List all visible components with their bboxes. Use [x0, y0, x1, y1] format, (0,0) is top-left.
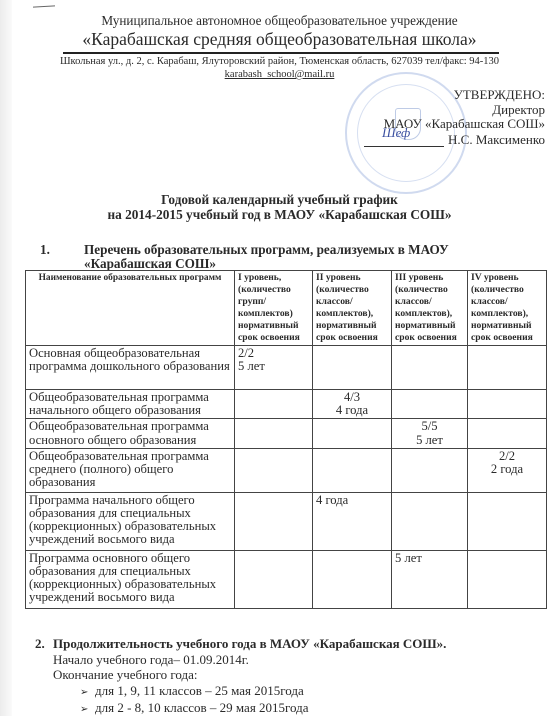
- bullet-text: для 1, 9, 11 классов – 25 мая 2015года: [95, 683, 304, 698]
- program-name-cell: Программа начального общего образования …: [26, 492, 235, 550]
- section2-number: 2.: [35, 636, 53, 652]
- col-header-program: Наименование образовательных программ: [26, 271, 235, 346]
- org-type: Муниципальное автономное общеобразовател…: [0, 13, 559, 29]
- level-cell: 4 года: [313, 492, 392, 550]
- program-name-cell: Общеобразовательная программа начального…: [26, 390, 235, 419]
- level-cell: 5 лет: [392, 550, 468, 608]
- programs-table: Наименование образовательных программ I …: [25, 270, 547, 609]
- section1-line2: «Карабашская СОШ»: [40, 257, 449, 271]
- approval-signature-line: Шеф Н.С. Максименко: [364, 132, 545, 148]
- section2: 2.Продолжительность учебного года в МАОУ…: [35, 636, 446, 716]
- level-cell: [313, 346, 392, 390]
- year-start: Начало учебного года– 01.09.2014г.: [35, 652, 446, 668]
- level-cell: [468, 346, 547, 390]
- org-address: Школьная ул., д. 2, с. Карабаш, Ялуторов…: [0, 56, 559, 67]
- level-cell: [392, 492, 468, 550]
- approval-position: Директор: [364, 103, 545, 118]
- program-name-cell: Общеобразовательная программа среднего (…: [26, 448, 235, 492]
- level-cell: [313, 419, 392, 448]
- col-header-level3: III уровень (количество классов/ комплек…: [392, 271, 468, 346]
- approval-label: УТВЕРЖДЕНО:: [364, 88, 545, 103]
- col-header-level1: I уровень, (количество групп/комплектов)…: [235, 271, 313, 346]
- level-cell: [313, 448, 392, 492]
- director-name: Н.С. Максименко: [448, 132, 545, 147]
- level-cell: [235, 492, 313, 550]
- title-line2: на 2014-2015 учебный год в МАОУ «Карабаш…: [0, 207, 559, 222]
- org-email-link[interactable]: karabash_school@mail.ru: [0, 69, 559, 80]
- level-cell: 2/2 2 года: [468, 448, 547, 492]
- section1-number: 1.: [40, 243, 84, 257]
- level-cell: [392, 448, 468, 492]
- level-cell: [468, 550, 547, 608]
- level-cell: [235, 419, 313, 448]
- level-cell: [235, 550, 313, 608]
- table-row: Общеобразовательная программа начального…: [26, 390, 547, 419]
- level-cell: [235, 448, 313, 492]
- table-row: Общеобразовательная программа среднего (…: [26, 448, 547, 492]
- col-header-level4: IV уровень (количество классов/ комплект…: [468, 271, 547, 346]
- col-header-level2: II уровень (количество классов/ комплект…: [313, 271, 392, 346]
- level-cell: 4/3 4 года: [313, 390, 392, 419]
- list-item: ➢для 1, 9, 11 классов – 25 мая 2015года: [35, 683, 446, 701]
- level-cell: 2/2 5 лет: [235, 346, 313, 390]
- level-cell: [468, 492, 547, 550]
- table-row: Основная общеобразовательная программа д…: [26, 346, 547, 390]
- header-rule: [63, 52, 499, 54]
- level-cell: 5/5 5 лет: [392, 419, 468, 448]
- level-cell: [235, 390, 313, 419]
- year-end-label: Окончание учебного года:: [35, 667, 446, 683]
- program-name-cell: Программа основного общего образования д…: [26, 550, 235, 608]
- org-name: «Карабашская средняя общеобразовательная…: [0, 29, 559, 50]
- section1-line1: Перечень образовательных программ, реали…: [84, 242, 449, 257]
- table-row: Программа начального общего образования …: [26, 492, 547, 550]
- bullet-text: для 2 - 8, 10 классов – 29 мая 2015года: [95, 700, 309, 715]
- section1-heading: 1.Перечень образовательных программ, реа…: [40, 243, 449, 271]
- level-cell: [313, 550, 392, 608]
- document-title: Годовой календарный учебный график на 20…: [0, 192, 559, 222]
- table-row: Программа основного общего образования д…: [26, 550, 547, 608]
- approval-block: УТВЕРЖДЕНО: Директор МАОУ «Карабашская С…: [364, 88, 545, 147]
- table-header-row: Наименование образовательных программ I …: [26, 271, 547, 346]
- arrow-bullet-icon: ➢: [80, 685, 95, 701]
- level-cell: [468, 390, 547, 419]
- table-row: Общеобразовательная программа основного …: [26, 419, 547, 448]
- page-edge: [0, 0, 12, 716]
- signature: Шеф: [382, 126, 410, 141]
- program-name-cell: Основная общеобразовательная программа д…: [26, 346, 235, 390]
- signature-line: Шеф: [364, 132, 444, 148]
- level-cell: [392, 346, 468, 390]
- title-line1: Годовой календарный учебный график: [0, 192, 559, 207]
- section2-heading: Продолжительность учебного года в МАОУ «…: [53, 636, 446, 651]
- level-cell: [468, 419, 547, 448]
- program-name-cell: Общеобразовательная программа основного …: [26, 419, 235, 448]
- list-item: ➢для 2 - 8, 10 классов – 29 мая 2015года: [35, 700, 446, 716]
- level-cell: [392, 390, 468, 419]
- corner-mark: [33, 5, 55, 7]
- arrow-bullet-icon: ➢: [80, 702, 95, 716]
